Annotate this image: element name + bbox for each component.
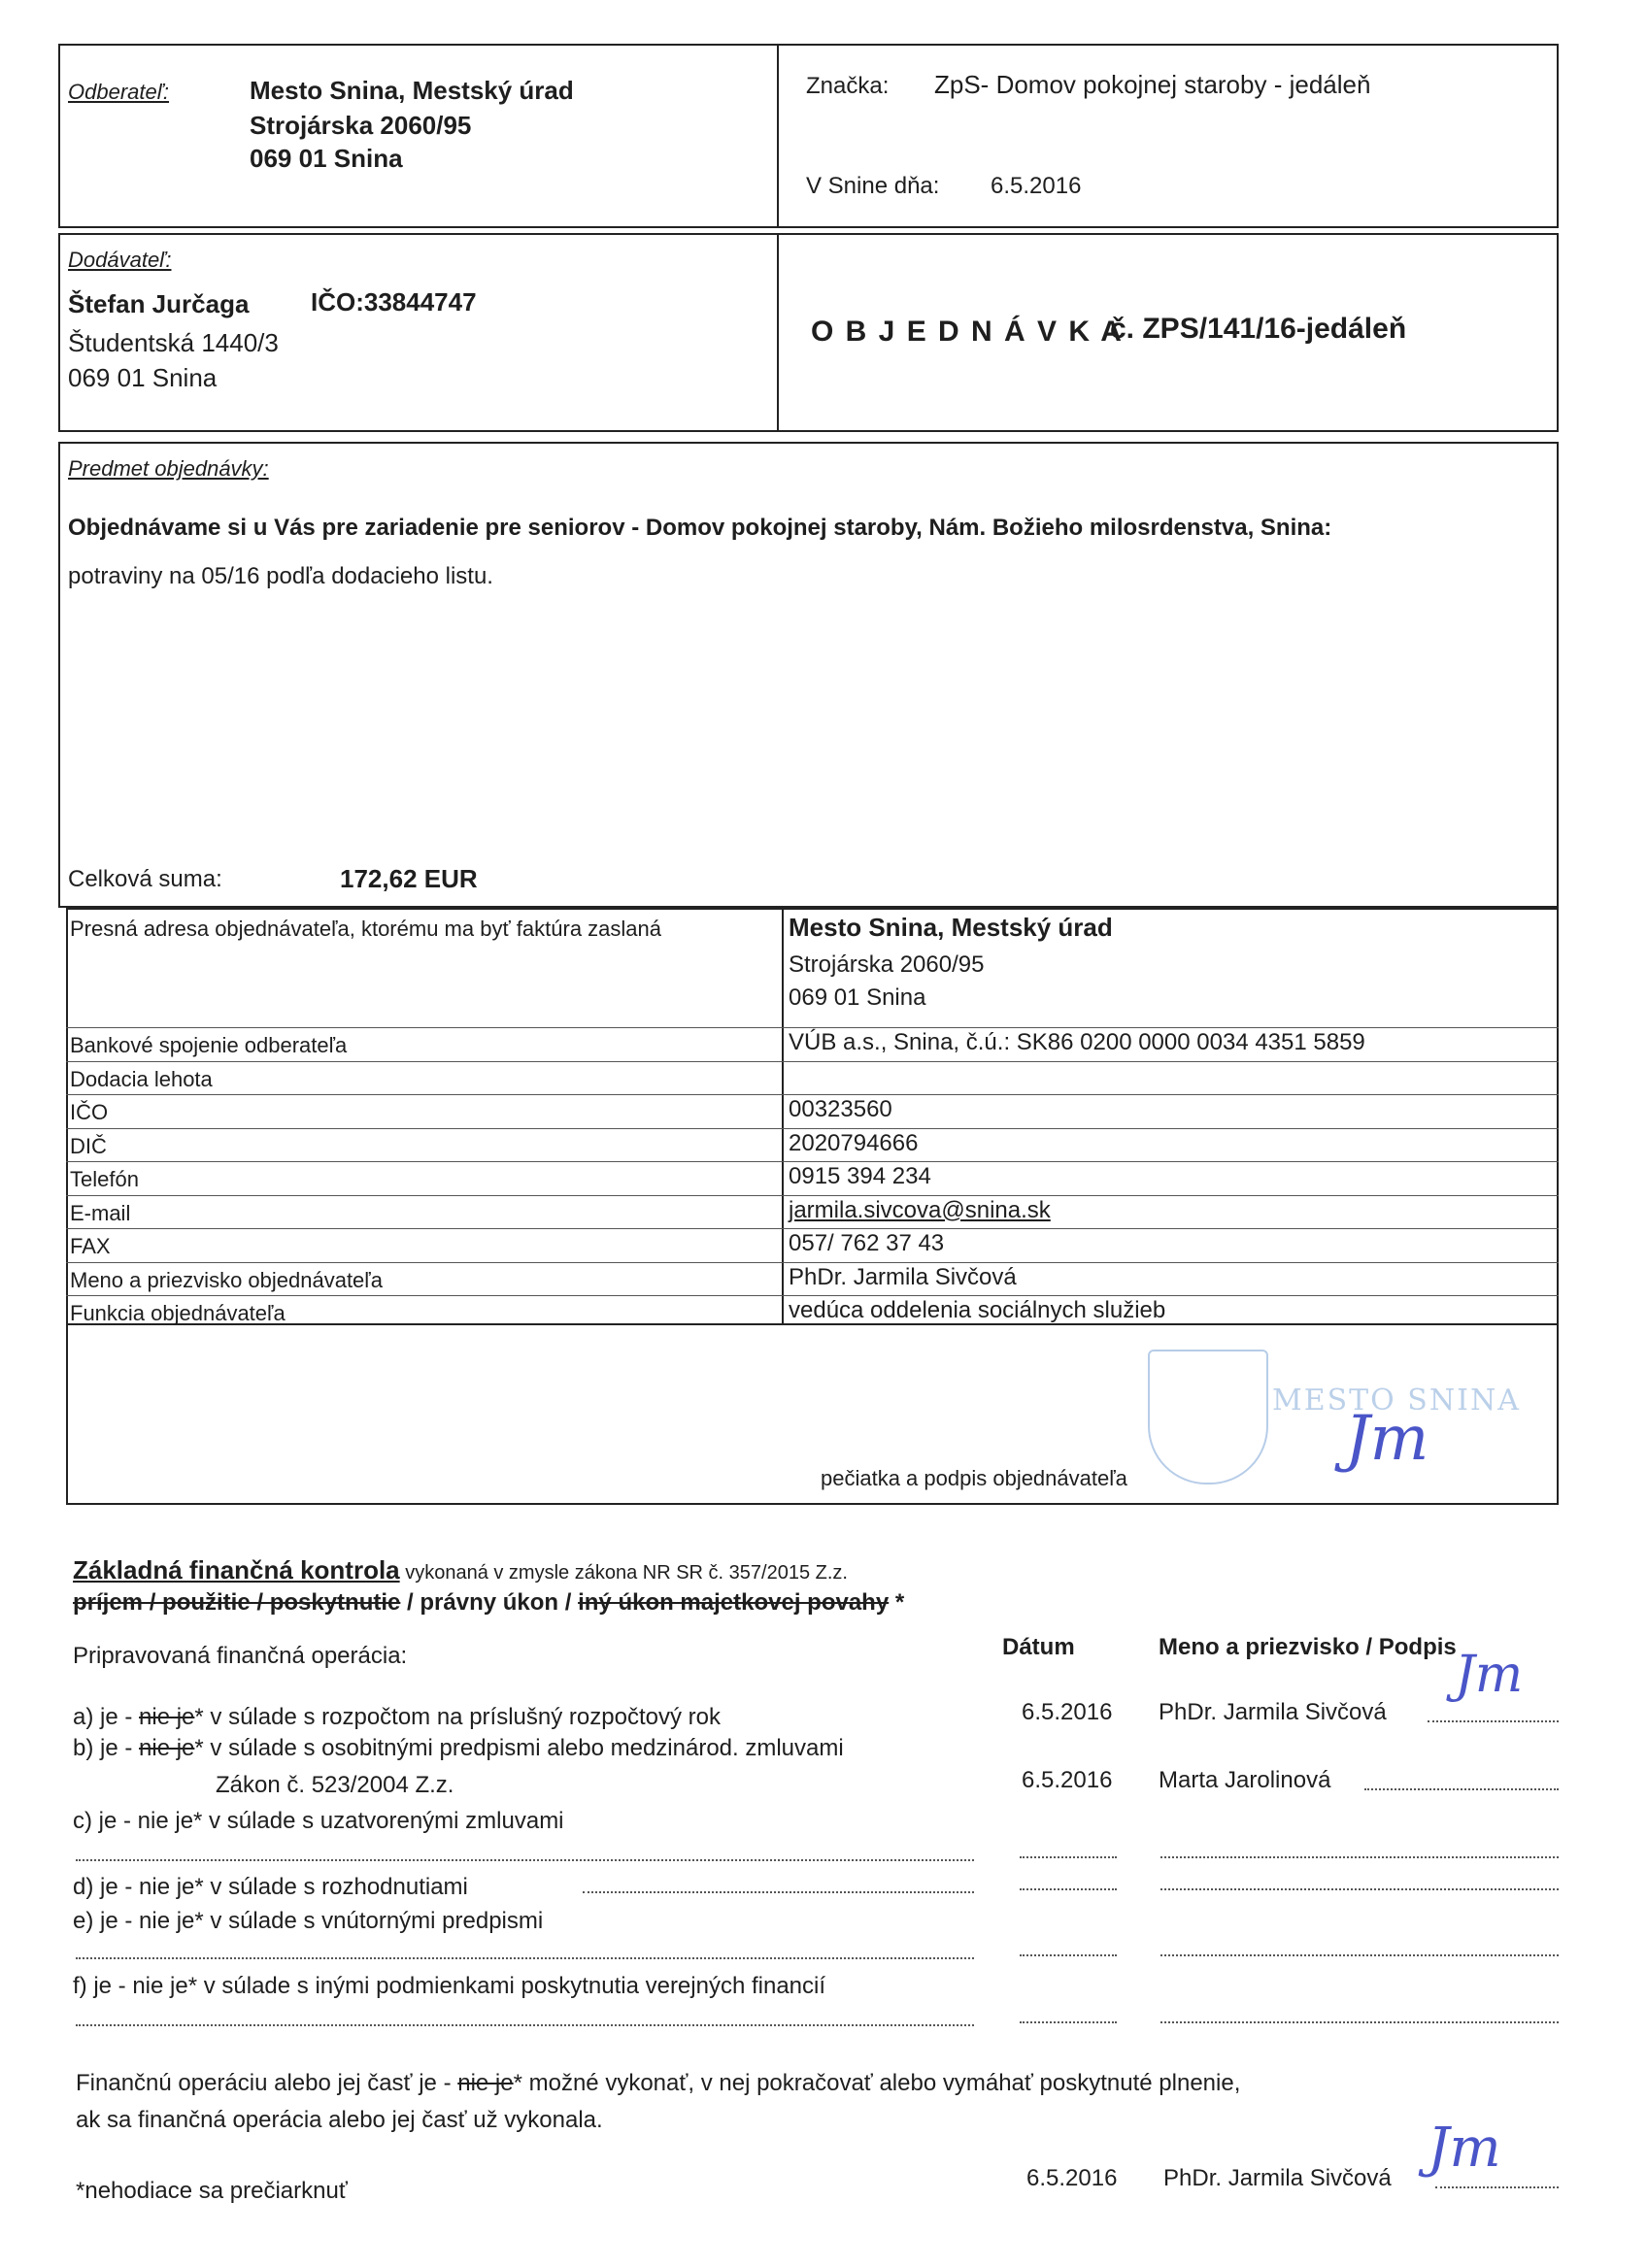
address-city: 069 01 Snina bbox=[789, 984, 925, 1012]
row-separator bbox=[66, 1195, 1559, 1196]
col-name: Meno a priezvisko / Podpis bbox=[1159, 1634, 1457, 1661]
row-separator bbox=[66, 1295, 1559, 1296]
control-type-active: / právny úkon / bbox=[400, 1589, 578, 1616]
stamp-label: pečiatka a podpis objednávateľa bbox=[821, 1466, 1127, 1491]
item-c: c) je - nie je* v súlade s uzatvorenými … bbox=[73, 1808, 564, 1835]
stamp-shield-icon bbox=[1148, 1350, 1268, 1484]
item-d-name-line bbox=[1160, 1888, 1559, 1890]
item-d-line bbox=[583, 1891, 974, 1893]
item-b: b) je - nie je* v súlade s osobitnými pr… bbox=[73, 1735, 844, 1762]
item-c-date-line bbox=[1020, 1856, 1117, 1858]
customer-city: 069 01 Snina bbox=[250, 144, 403, 174]
detail-label: Bankové spojenie odberateľa bbox=[70, 1033, 347, 1058]
item-a-sign-line bbox=[1428, 1720, 1559, 1722]
final-date: 6.5.2016 bbox=[1026, 2165, 1117, 2192]
row-separator bbox=[66, 1027, 1559, 1028]
control-heading: Základná finančná kontrola vykonaná v zm… bbox=[73, 1555, 848, 1585]
item-d-date-line bbox=[1020, 1888, 1117, 1890]
item-a-name: PhDr. Jarmila Sivčová bbox=[1159, 1699, 1387, 1726]
signature-icon: Jm bbox=[1428, 2117, 1501, 2180]
item-e-line bbox=[76, 1957, 974, 1959]
total-label: Celková suma: bbox=[68, 866, 222, 893]
customer-label: Odberateľ: bbox=[68, 80, 169, 105]
detail-value: 2020794666 bbox=[789, 1130, 918, 1157]
detail-value: 00323560 bbox=[789, 1096, 892, 1123]
col-date: Dátum bbox=[1002, 1634, 1075, 1661]
conclusion-line2: ak sa finančná operácia alebo jej časť u… bbox=[76, 2107, 603, 2134]
detail-label: IČO bbox=[70, 1100, 108, 1125]
detail-label: E-mail bbox=[70, 1201, 130, 1226]
detail-value: 0915 394 234 bbox=[789, 1163, 931, 1190]
supplier-name: Štefan Jurčaga bbox=[68, 289, 249, 319]
item-f-line bbox=[76, 2024, 974, 2026]
detail-label: Telefón bbox=[70, 1167, 139, 1192]
control-type: príjem / použitie / poskytnutie / právny… bbox=[73, 1589, 904, 1617]
customer-name: Mesto Snina, Mestský úrad bbox=[250, 76, 574, 106]
item-f: f) je - nie je* v súlade s inými podmien… bbox=[73, 1973, 825, 2000]
detail-value: vedúca oddelenia sociálnych služieb bbox=[789, 1297, 1165, 1324]
item-b-sign-line bbox=[1364, 1788, 1559, 1790]
control-title-suffix: vykonaná v zmysle zákona NR SR č. 357/20… bbox=[400, 1562, 848, 1584]
detail-value[interactable]: jarmila.sivcova@snina.sk bbox=[789, 1197, 1051, 1224]
supplier-street: Študentská 1440/3 bbox=[68, 328, 279, 358]
supplier-divider bbox=[777, 233, 779, 432]
footnote: *nehodiace sa prečiarknuť bbox=[76, 2178, 348, 2205]
supplier-ico: IČO:33844747 bbox=[311, 287, 477, 317]
item-a-date: 6.5.2016 bbox=[1022, 1699, 1112, 1726]
row-separator bbox=[66, 1228, 1559, 1229]
control-type-struck1: príjem / použitie / poskytnutie bbox=[73, 1589, 400, 1616]
address-name: Mesto Snina, Mestský úrad bbox=[789, 913, 1113, 943]
order-title: O B J E D N Á V K A bbox=[811, 316, 1124, 349]
subject-label: Predmet objednávky: bbox=[68, 456, 269, 482]
signature-icon: Jm bbox=[1455, 1646, 1523, 1704]
order-number: č. ZPS/141/16-jedáleň bbox=[1110, 313, 1406, 346]
item-d: d) je - nie je* v súlade s rozhodnutiami bbox=[73, 1874, 468, 1901]
reference-label: Značka: bbox=[806, 73, 889, 100]
date-label: V Snine dňa: bbox=[806, 173, 939, 200]
address-label: Presná adresa objednávateľa, ktorému ma … bbox=[70, 917, 661, 942]
detail-label: DIČ bbox=[70, 1134, 107, 1159]
signature-icon: Jm bbox=[1345, 1403, 1429, 1475]
final-name: PhDr. Jarmila Sivčová bbox=[1163, 2165, 1392, 2192]
item-c-name-line bbox=[1160, 1856, 1559, 1858]
item-b-date: 6.5.2016 bbox=[1022, 1767, 1112, 1794]
detail-value: VÚB a.s., Snina, č.ú.: SK86 0200 0000 00… bbox=[789, 1029, 1365, 1056]
operation-label: Pripravovaná finančná operácia: bbox=[73, 1643, 407, 1670]
subject-line1: Objednávame si u Vás pre zariadenie pre … bbox=[68, 515, 1331, 542]
details-divider bbox=[782, 908, 784, 1325]
item-e-date-line bbox=[1020, 1954, 1117, 1956]
item-a: a) je - nie je* v súlade s rozpočtom na … bbox=[73, 1704, 721, 1731]
supplier-label: Dodávateľ: bbox=[68, 248, 171, 273]
total-value: 172,62 EUR bbox=[340, 864, 478, 894]
detail-label: Funkcia objednávateľa bbox=[70, 1301, 286, 1326]
detail-label: Dodacia lehota bbox=[70, 1067, 213, 1092]
row-separator bbox=[66, 1161, 1559, 1162]
row-separator bbox=[66, 1128, 1559, 1129]
customer-street: Strojárska 2060/95 bbox=[250, 111, 471, 141]
detail-value: 057/ 762 37 43 bbox=[789, 1230, 944, 1257]
item-e-name-line bbox=[1160, 1954, 1559, 1956]
conclusion: Finančnú operáciu alebo jej časť je - ni… bbox=[76, 2070, 1240, 2097]
date-value: 6.5.2016 bbox=[991, 173, 1081, 200]
address-street: Strojárska 2060/95 bbox=[789, 951, 984, 979]
detail-label: FAX bbox=[70, 1234, 111, 1259]
reference-value: ZpS- Domov pokojnej staroby - jedáleň bbox=[934, 70, 1370, 100]
control-type-struck2: iný úkon majetkovej povahy bbox=[578, 1589, 889, 1616]
row-separator bbox=[66, 1061, 1559, 1062]
header-divider bbox=[777, 44, 779, 228]
detail-label: Meno a priezvisko objednávateľa bbox=[70, 1268, 383, 1293]
item-c-line bbox=[76, 1859, 974, 1861]
item-f-name-line bbox=[1160, 2021, 1559, 2023]
control-type-star: * bbox=[889, 1589, 904, 1616]
row-separator bbox=[66, 1094, 1559, 1095]
detail-value: PhDr. Jarmila Sivčová bbox=[789, 1264, 1017, 1291]
supplier-city: 069 01 Snina bbox=[68, 363, 217, 393]
item-b-name: Marta Jarolinová bbox=[1159, 1767, 1330, 1794]
final-sign-line bbox=[1435, 2186, 1559, 2188]
control-title: Základná finančná kontrola bbox=[73, 1555, 400, 1584]
item-e: e) je - nie je* v súlade s vnútornými pr… bbox=[73, 1908, 543, 1935]
item-b-sub: Zákon č. 523/2004 Z.z. bbox=[216, 1772, 454, 1799]
subject-line2: potraviny na 05/16 podľa dodacieho listu… bbox=[68, 563, 493, 590]
row-separator bbox=[66, 1262, 1559, 1263]
item-f-date-line bbox=[1020, 2021, 1117, 2023]
subject-box bbox=[58, 442, 1559, 908]
